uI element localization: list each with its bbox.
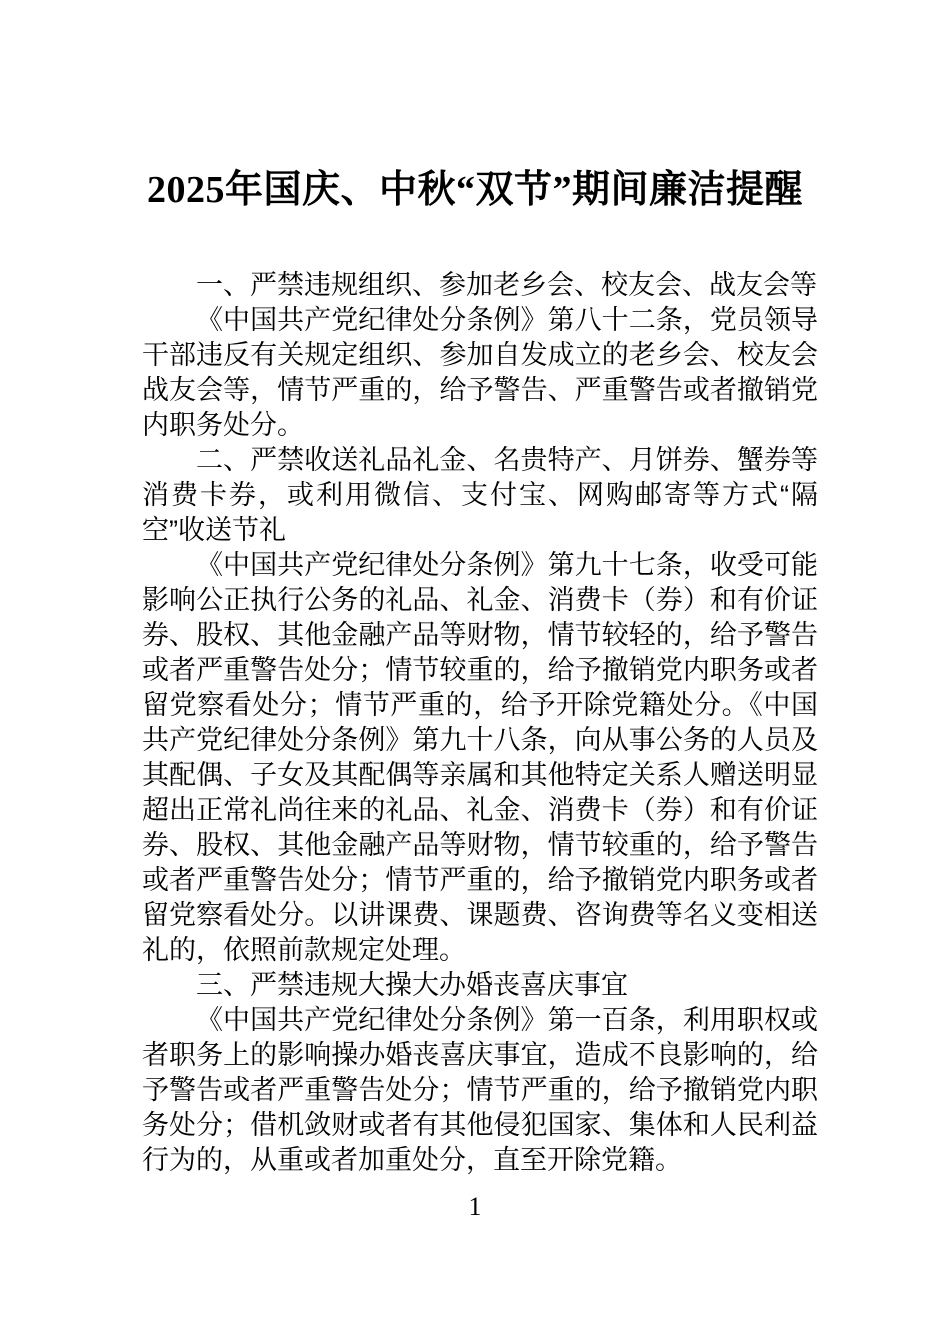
paragraph-section-1-body: 《中国共产党纪律处分条例》第八十二条，党员领导干部违反有关规定组织、参加自发成立… (142, 303, 818, 443)
paragraph-section-1-heading: 一、严禁违规组织、参加老乡会、校友会、战友会等 (142, 268, 818, 303)
paragraph-section-2-heading: 二、严禁收送礼品礼金、名贵特产、月饼券、蟹券等消费卡券，或利用微信、支付宝、网购… (142, 443, 818, 548)
paragraph-section-3-heading: 三、严禁违规大操大办婚丧喜庆事宜 (142, 968, 818, 1003)
page-title: 2025年国庆、中秋“双节”期间廉洁提醒 (60, 167, 890, 215)
page-number: 1 (0, 1190, 950, 1224)
paragraph-section-2-body: 《中国共产党纪律处分条例》第九十七条，收受可能影响公正执行公务的礼品、礼金、消费… (142, 548, 818, 968)
document-body: 一、严禁违规组织、参加老乡会、校友会、战友会等 《中国共产党纪律处分条例》第八十… (142, 268, 818, 1178)
paragraph-section-3-body: 《中国共产党纪律处分条例》第一百条，利用职权或者职务上的影响操办婚丧喜庆事宜，造… (142, 1003, 818, 1178)
document-page: 2025年国庆、中秋“双节”期间廉洁提醒 一、严禁违规组织、参加老乡会、校友会、… (0, 0, 950, 1344)
